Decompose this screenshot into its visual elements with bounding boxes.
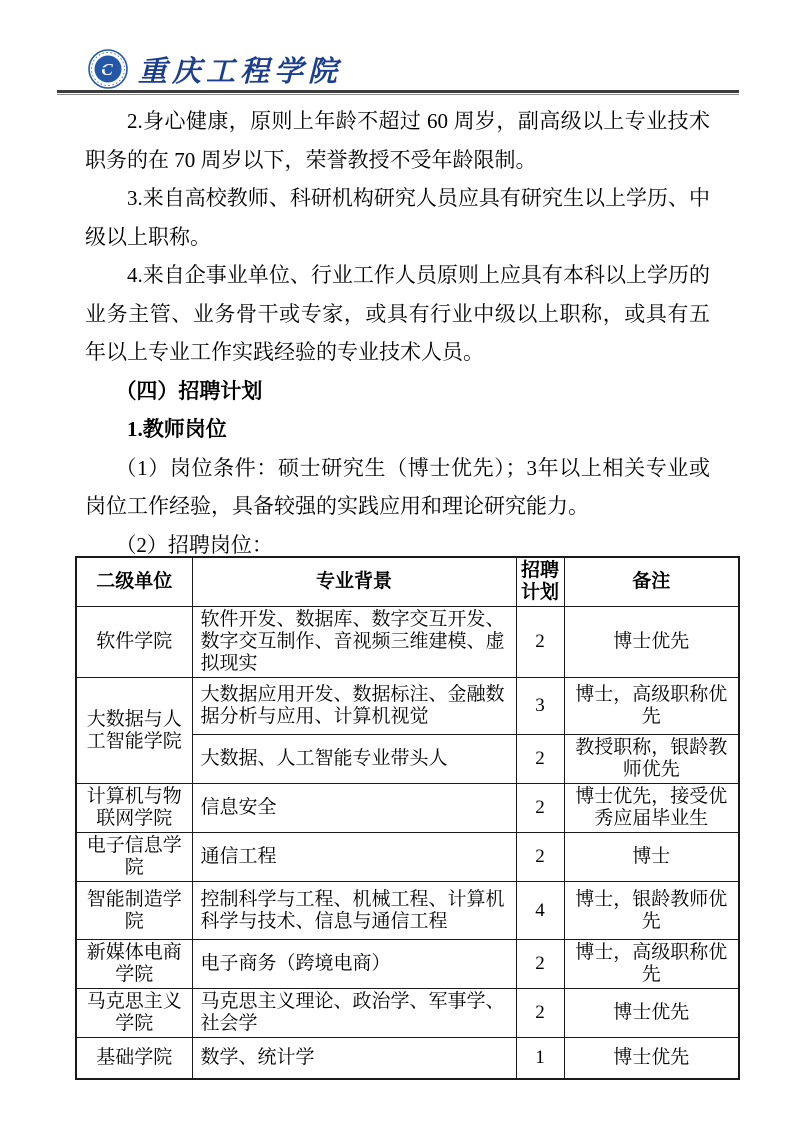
cell-major: 电子商务（跨境电商）	[192, 940, 516, 989]
header-divider	[57, 90, 739, 95]
university-name-logo: 重庆工程学院	[138, 49, 342, 90]
cell-major: 马克思主义理论、政治学、军事学、社会学	[192, 989, 516, 1038]
table-row: 基础学院 数学、统计学 1 博士优先	[76, 1038, 739, 1079]
cell-note: 博士，银龄教师优先	[564, 882, 739, 940]
cell-unit: 智能制造学院	[76, 882, 192, 940]
cell-unit: 新媒体电商学院	[76, 940, 192, 989]
cell-count: 3	[516, 678, 564, 735]
cell-note: 博士，高级职称优先	[564, 678, 739, 735]
cell-unit: 计算机与物联网学院	[76, 784, 192, 833]
table-row: 新媒体电商学院 电子商务（跨境电商） 2 博士，高级职称优先	[76, 940, 739, 989]
document-page: C 重庆工程学院 2.身心健康，原则上年龄不超过 60 周岁，副高级以上专业技术…	[0, 0, 794, 1122]
column-header-note: 备注	[564, 557, 739, 607]
cell-major: 大数据、人工智能专业带头人	[192, 735, 516, 784]
cell-note: 博士优先	[564, 1038, 739, 1079]
cell-note: 博士优先，接受优秀应届毕业生	[564, 784, 739, 833]
university-emblem-icon: C	[88, 49, 128, 89]
cell-major: 通信工程	[192, 833, 516, 882]
cell-major: 信息安全	[192, 784, 516, 833]
cell-count: 2	[516, 989, 564, 1038]
cell-note: 博士，高级职称优先	[564, 940, 739, 989]
column-header-count: 招聘计划	[516, 557, 564, 607]
cell-count: 2	[516, 607, 564, 678]
cell-unit: 基础学院	[76, 1038, 192, 1079]
cell-count: 2	[516, 784, 564, 833]
paragraph-health-age: 2.身心健康，原则上年龄不超过 60 周岁，副高级以上专业技术职务的在 70 周…	[85, 102, 710, 179]
svg-text:C: C	[101, 60, 113, 79]
cell-unit: 软件学院	[76, 607, 192, 678]
cell-note: 博士	[564, 833, 739, 882]
column-header-unit: 二级单位	[76, 557, 192, 607]
paragraph-industry-staff: 4.来自企事业单位、行业工作人员原则上应具有本科以上学历的业务主管、业务骨干或专…	[85, 256, 710, 372]
document-body: 2.身心健康，原则上年龄不超过 60 周岁，副高级以上专业技术职务的在 70 周…	[85, 102, 710, 564]
table-row: 智能制造学院 控制科学与工程、机械工程、计算机科学与技术、信息与通信工程 4 博…	[76, 882, 739, 940]
table-row: 软件学院 软件开发、数据库、数字交互开发、数字交互制作、音视频三维建模、虚拟现实…	[76, 607, 739, 678]
cell-unit: 大数据与人工智能学院	[76, 678, 192, 784]
cell-unit: 马克思主义学院	[76, 989, 192, 1038]
cell-note: 教授职称，银龄教师优先	[564, 735, 739, 784]
paragraph-position-requirements: （1）岗位条件：硕士研究生（博士优先）；3年以上相关专业或岗位工作经验，具备较强…	[85, 449, 710, 526]
table-row: 马克思主义学院 马克思主义理论、政治学、军事学、社会学 2 博士优先	[76, 989, 739, 1038]
cell-count: 2	[516, 735, 564, 784]
section-heading-recruitment-plan: （四）招聘计划	[85, 372, 710, 411]
cell-major: 控制科学与工程、机械工程、计算机科学与技术、信息与通信工程	[192, 882, 516, 940]
table-row: 大数据与人工智能学院 大数据应用开发、数据标注、金融数据分析与应用、计算机视觉 …	[76, 678, 739, 735]
recruitment-table: 二级单位 专业背景 招聘计划 备注 软件学院 软件开发、数据库、数字交互开发、数…	[75, 556, 740, 1080]
table-row: 计算机与物联网学院 信息安全 2 博士优先，接受优秀应届毕业生	[76, 784, 739, 833]
page-header: C 重庆工程学院	[88, 48, 737, 90]
cell-count: 1	[516, 1038, 564, 1079]
cell-count: 4	[516, 882, 564, 940]
cell-note: 博士优先	[564, 607, 739, 678]
subheading-teacher-positions: 1.教师岗位	[85, 410, 710, 449]
cell-unit: 电子信息学院	[76, 833, 192, 882]
column-header-major: 专业背景	[192, 557, 516, 607]
cell-major: 软件开发、数据库、数字交互开发、数字交互制作、音视频三维建模、虚拟现实	[192, 607, 516, 678]
table-row: 电子信息学院 通信工程 2 博士	[76, 833, 739, 882]
cell-count: 2	[516, 833, 564, 882]
cell-major: 数学、统计学	[192, 1038, 516, 1079]
paragraph-faculty-researchers: 3.来自高校教师、科研机构研究人员应具有研究生以上学历、中级以上职称。	[85, 179, 710, 256]
table-header-row: 二级单位 专业背景 招聘计划 备注	[76, 557, 739, 607]
cell-major: 大数据应用开发、数据标注、金融数据分析与应用、计算机视觉	[192, 678, 516, 735]
cell-count: 2	[516, 940, 564, 989]
cell-note: 博士优先	[564, 989, 739, 1038]
